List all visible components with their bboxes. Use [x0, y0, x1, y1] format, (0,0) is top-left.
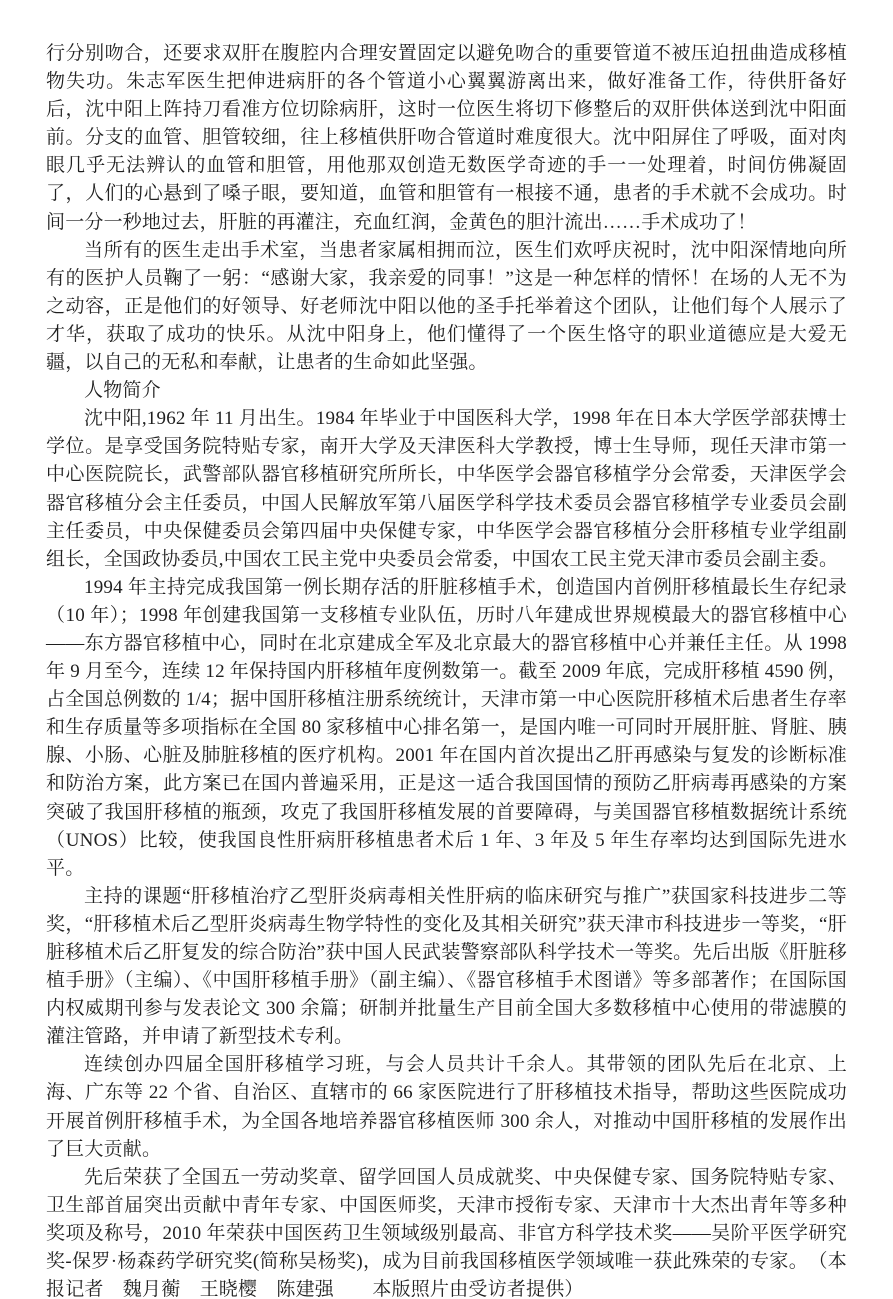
section-heading: 人物简介 — [46, 377, 847, 405]
honors-paragraph: 先后荣获了全国五一劳动奖章、留学回国人员成就奖、中央保健专家、国务院特贴专家、卫… — [46, 1164, 847, 1299]
body-paragraph: 当所有的医生走出手术室，当患者家属相拥而泣，医生们欢呼庆祝时，沈中阳深情地向所有… — [46, 237, 847, 377]
continuation-paragraph: 行分别吻合，还要求双肝在腹腔内合理安置固定以避免吻合的重要管道不被压迫扭曲造成移… — [46, 40, 847, 237]
training-paragraph: 连续创办四届全国肝移植学习班，与会人员共计千余人。其带领的团队先后在北京、上海、… — [46, 1051, 847, 1163]
research-awards-paragraph: 主持的课题“肝移植治疗乙型肝炎病毒相关性肝病的临床研究与推广”获国家科技进步二等… — [46, 883, 847, 1052]
achievements-paragraph: 1994 年主持完成我国第一例长期存活的肝脏移植手术，创造国内首例肝移植最长生存… — [46, 574, 847, 883]
document-page: 行分别吻合，还要求双肝在腹腔内合理安置固定以避免吻合的重要管道不被压迫扭曲造成移… — [0, 0, 893, 1299]
bio-paragraph: 沈中阳,1962 年 11 月出生。1984 年毕业于中国医科大学，1998 年… — [46, 405, 847, 574]
